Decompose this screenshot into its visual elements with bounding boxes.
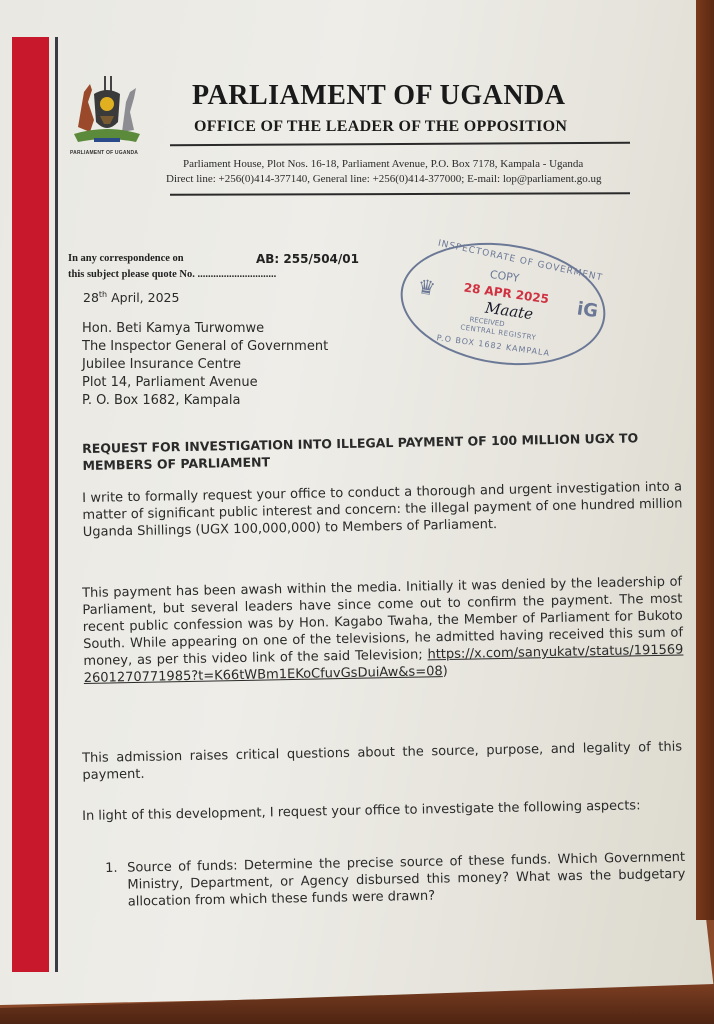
addressee-name: Hon. Beti Kamya Turwomwe [82,320,328,338]
date-month-year: April, 2025 [107,290,179,305]
reference-label-line1: In any correspondence on [68,251,276,267]
date-suffix: th [99,290,107,299]
crest-caption: PARLIAMENT OF UGANDA [70,150,150,156]
letterhead-contact: Direct line: +256(0)414-377140, General … [166,173,602,185]
addressee-block: Hon. Beti Kamya Turwomwe The Inspector G… [82,320,328,410]
list-item-text: Source of funds: Determine the precise s… [127,849,686,911]
addressee-pobox: P. O. Box 1682, Kampala [82,392,328,410]
reference-label: In any correspondence on this subject pl… [68,251,276,283]
stamp-crest-icon: ♛ [416,274,437,300]
stamp-copy: COPY [489,268,520,285]
desk-edge-right [696,0,714,920]
link-close-paren: ) [443,664,448,679]
date-day: 28 [83,290,99,305]
paragraph-2: This payment has been awash within the m… [82,573,684,686]
letter-date: 28th April, 2025 [83,290,179,305]
addressee-street: Plot 14, Parliament Avenue [82,374,328,392]
stamp-igg-logo-icon: iG [576,298,600,322]
addressee-title: The Inspector General of Government [82,338,328,356]
reference-number: AB: 255/504/01 [256,252,359,266]
addressee-building: Jubilee Insurance Centre [82,356,328,374]
coat-of-arms-icon [70,72,144,148]
letterhead-title: PARLIAMENT OF UGANDA [192,80,565,112]
letterhead-subtitle: OFFICE OF THE LEADER OF THE OPPOSITION [194,118,567,136]
letterhead-red-bar [12,37,49,972]
letterhead-address: Parliament House, Plot Nos. 16-18, Parli… [183,158,583,170]
letterhead-dark-line [55,37,58,972]
reference-label-line2: this subject please quote No. ..........… [68,267,276,283]
list-item-number: 1. [105,860,128,911]
